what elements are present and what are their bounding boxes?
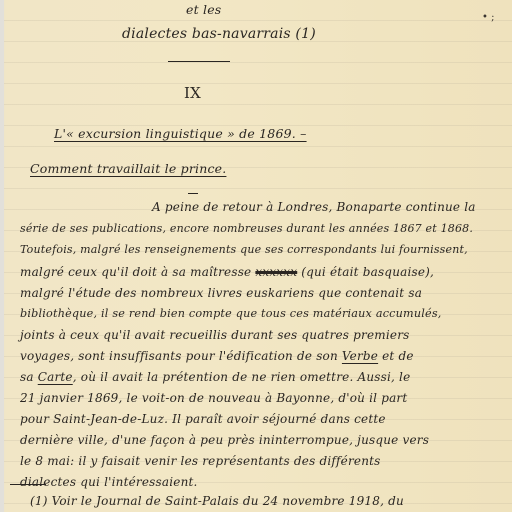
heading-line-1: et les	[186, 2, 221, 17]
body-text: , où il avait la prétention de ne rien o…	[73, 370, 411, 384]
body-line: Toutefois, malgré les renseignements que…	[20, 243, 468, 256]
body-text: (qui était basquaise),	[301, 265, 434, 279]
section-title-2: Comment travaillait le prince.	[30, 161, 226, 176]
ink-mark: • ;	[482, 12, 494, 23]
body-line: malgré ceux qu'il doit à sa maîtresse xx…	[20, 265, 434, 279]
underlined-word: Verbe	[342, 349, 378, 363]
body-line: joints à ceux qu'il avait recueillis dur…	[20, 328, 410, 342]
heading-rule	[168, 61, 230, 62]
body-text: malgré ceux qu'il doit à sa maîtresse	[20, 265, 251, 279]
page-edge	[0, 0, 4, 512]
body-text: voyages, sont insuffisants pour l'édific…	[20, 349, 338, 363]
footnote: (1) Voir le Journal de Saint-Palais du 2…	[30, 494, 404, 508]
body-line: 21 janvier 1869, le voit-on de nouveau à…	[20, 391, 407, 405]
body-text: sa	[20, 370, 34, 384]
body-line: pour Saint-Jean-de-Luz. Il paraît avoir …	[20, 412, 386, 426]
body-text: et de	[382, 349, 414, 363]
section-rule	[188, 193, 198, 194]
body-line: bibliothèque, il se rend bien compte que…	[20, 307, 442, 320]
body-line: dialectes qui l'intéressaient.	[20, 475, 198, 489]
chapter-number: IX	[184, 84, 201, 102]
body-line: dernière ville, d'une façon à peu près i…	[20, 433, 429, 447]
body-line: A peine de retour à Londres, Bonaparte c…	[152, 200, 476, 214]
underlined-word: Carte	[38, 370, 73, 384]
body-line: sa Carte, où il avait la prétention de n…	[20, 370, 410, 384]
body-line: voyages, sont insuffisants pour l'édific…	[20, 349, 414, 363]
heading-line-2: dialectes bas-navarrais (1)	[122, 26, 316, 42]
body-line: série de ses publications, encore nombre…	[20, 222, 473, 235]
body-line: le 8 mai: il y faisait venir les représe…	[20, 454, 381, 468]
footnote-rule	[10, 484, 46, 485]
section-title-1: L'« excursion linguistique » de 1869. –	[54, 126, 307, 141]
manuscript-page: • ; et les dialectes bas-navarrais (1) I…	[0, 0, 512, 512]
body-line: malgré l'étude des nombreux livres euska…	[20, 286, 422, 300]
struck-word: xxxxxx	[255, 265, 297, 279]
